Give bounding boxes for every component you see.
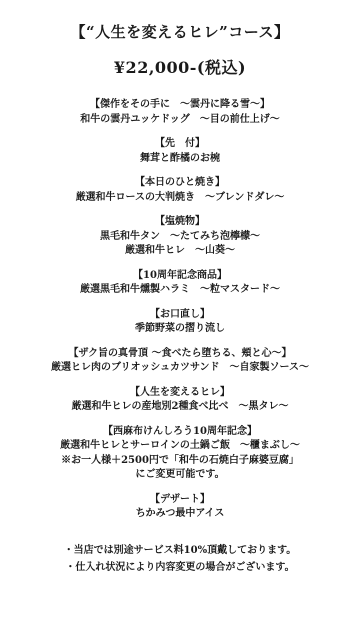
menu-item: 和牛の雲丹ユッケドッグ ～目の前仕上げ～ — [0, 113, 360, 128]
footer-notes: ・当店では別途サービス料10%頂戴しております。 ・仕入れ状況により内容変更の場… — [0, 542, 360, 576]
section-header: 【先 付】 — [0, 137, 360, 152]
menu-section-salt-grill: 【塩焼物】 黒毛和牛タン ～たてみち泡檸檬～ 厳選和牛ヒレ ～山葵～ — [0, 215, 360, 259]
service-charge-note: ・当店では別途サービス料10%頂戴しております。 — [0, 542, 360, 559]
menu-section-todays-grill: 【本日のひと焼き】 厳選和牛ロースの大判焼き ～ブレンドダレ～ — [0, 176, 360, 205]
section-header: 【西麻布けんしろう10周年記念】 — [0, 425, 360, 440]
menu-item: 黒毛和牛タン ～たてみち泡檸檬～ — [0, 230, 360, 245]
menu-item: 厳選和牛ロースの大判焼き ～ブレンドダレ～ — [0, 191, 360, 206]
menu-item-note: ※お一人様＋2500円で「和牛の石焼白子麻婆豆腐」 — [0, 454, 360, 469]
section-header: 【傑作をその手に ～雲丹に降る雪～】 — [0, 98, 360, 113]
menu-section-dessert: 【デザート】 ちかみつ最中アイス — [0, 493, 360, 522]
menu-section-rice-pot: 【西麻布けんしろう10周年記念】 厳選和牛ヒレとサーロインの土鍋ご飯 ～櫃まぶし… — [0, 425, 360, 483]
section-header: 【本日のひと焼き】 — [0, 176, 360, 191]
menu-section-katsu-sando: 【ザク旨の真骨頂 ～食べたら堕ちる、頬と心～】 厳選ヒレ肉のブリオッシュカツサン… — [0, 347, 360, 376]
section-header: 【10周年記念商品】 — [0, 269, 360, 284]
menu-section-appetizer: 【先 付】 舞茸と酢橘のお椀 — [0, 137, 360, 166]
menu-section-10th-anniversary-item: 【10周年記念商品】 厳選黒毛和牛燻製ハラミ ～粒マスタード～ — [0, 269, 360, 298]
section-header: 【人生を変えるヒレ】 — [0, 386, 360, 401]
menu-section-life-changing-fillet: 【人生を変えるヒレ】 厳選和牛ヒレの産地別2種食べ比べ ～黒タレ～ — [0, 386, 360, 415]
menu-change-note: ・仕入れ状況により内容変更の場合がございます。 — [0, 559, 360, 576]
course-price: ¥22,000-(税込) — [0, 58, 360, 78]
menu-item: 厳選黒毛和牛燻製ハラミ ～粒マスタード～ — [0, 283, 360, 298]
section-header: 【お口直し】 — [0, 308, 360, 323]
section-header: 【塩焼物】 — [0, 215, 360, 230]
menu-item: ちかみつ最中アイス — [0, 507, 360, 522]
menu-item: 舞茸と酢橘のお椀 — [0, 152, 360, 167]
section-header: 【デザート】 — [0, 493, 360, 508]
course-title: 【“人生を変えるヒレ”コース】 — [0, 22, 360, 42]
course-menu-page: 【“人生を変えるヒレ”コース】 ¥22,000-(税込) 【傑作をその手に ～雲… — [0, 0, 360, 640]
menu-item: 季節野菜の摺り流し — [0, 322, 360, 337]
menu-item: 厳選和牛ヒレ ～山葵～ — [0, 244, 360, 259]
menu-item: 厳選和牛ヒレの産地別2種食べ比べ ～黒タレ～ — [0, 400, 360, 415]
menu-item-note: にご変更可能です。 — [0, 468, 360, 483]
section-header: 【ザク旨の真骨頂 ～食べたら堕ちる、頬と心～】 — [0, 347, 360, 362]
menu-section-palate-cleanser: 【お口直し】 季節野菜の摺り流し — [0, 308, 360, 337]
menu-item: 厳選ヒレ肉のブリオッシュカツサンド ～自家製ソース～ — [0, 361, 360, 376]
menu-section-signature-uni: 【傑作をその手に ～雲丹に降る雪～】 和牛の雲丹ユッケドッグ ～目の前仕上げ～ — [0, 98, 360, 127]
menu-item: 厳選和牛ヒレとサーロインの土鍋ご飯 ～櫃まぶし～ — [0, 439, 360, 454]
